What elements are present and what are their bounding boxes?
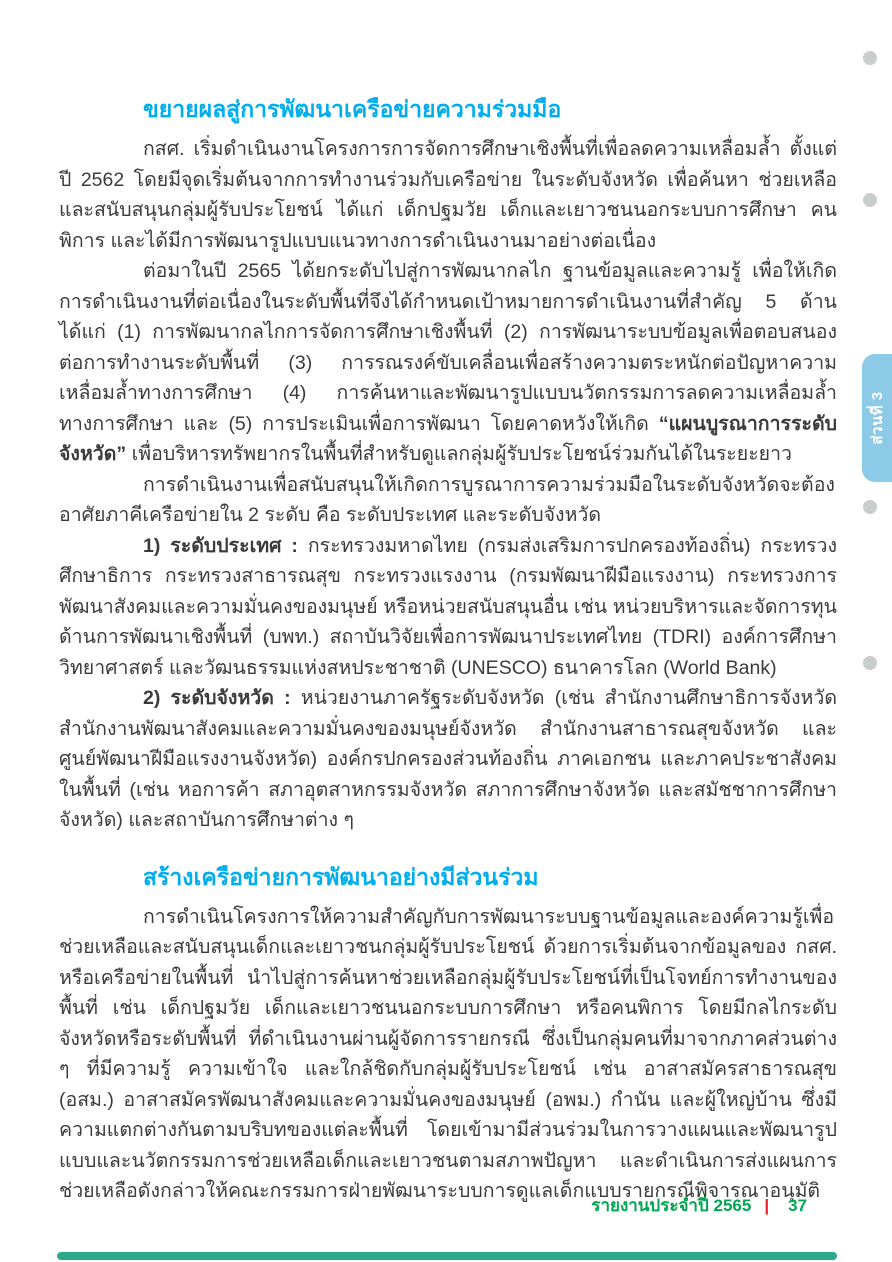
section-tab-label: ส่วนที่ 3 [865, 391, 889, 444]
paragraph: ต่อมาในปี 2565 ได้ยกระดับไปสู่การพัฒนากล… [59, 256, 837, 470]
side-dot-icon [863, 51, 877, 65]
footer-separator: | [751, 1196, 782, 1216]
section-heading: ขยายผลสู่การพัฒนาเครือข่ายความร่วมมือ [143, 94, 837, 124]
paragraph: การดำเนินงานเพื่อสนับสนุนให้เกิดการบูรณา… [59, 470, 837, 531]
section-tab: ส่วนที่ 3 [862, 354, 892, 482]
section-body: กสศ. เริ่มดำเนินงานโครงการการจัดการศึกษา… [59, 134, 837, 836]
side-dot-icon [863, 656, 877, 670]
section-heading: สร้างเครือข่ายการพัฒนาอย่างมีส่วนร่วม [143, 862, 837, 892]
text-run: ต่อมาในปี 2565 ได้ยกระดับไปสู่การพัฒนากล… [59, 260, 837, 435]
text-run: กสศ. เริ่มดำเนินงานโครงการการจัดการศึกษา… [59, 138, 837, 252]
text-run: 1) ระดับประเทศ : [143, 535, 308, 557]
text-run: เพื่อบริหารทรัพยากรในพื้นที่สำหรับดูแลกล… [126, 443, 792, 465]
section-participatory-network: สร้างเครือข่ายการพัฒนาอย่างมีส่วนร่วม กา… [59, 862, 837, 1207]
paragraph: การดำเนินโครงการให้ความสำคัญกับการพัฒนาร… [59, 902, 837, 1207]
text-run: การดำเนินงานเพื่อสนับสนุนให้เกิดการบูรณา… [59, 474, 835, 527]
side-dot-icon [863, 193, 877, 207]
document-page: ขยายผลสู่การพัฒนาเครือข่ายความร่วมมือ กส… [0, 0, 892, 1262]
section-expand-network: ขยายผลสู่การพัฒนาเครือข่ายความร่วมมือ กส… [59, 94, 837, 836]
report-title: รายงานประจำปี 2565 [591, 1196, 751, 1216]
page-content: ขยายผลสู่การพัฒนาเครือข่ายความร่วมมือ กส… [59, 0, 837, 1207]
paragraph: 1) ระดับประเทศ : กระทรวงมหาดไทย (กรมส่งเ… [59, 531, 837, 684]
paragraph: 2) ระดับจังหวัด : หน่วยงานภาครัฐระดับจัง… [59, 683, 837, 836]
paragraph: กสศ. เริ่มดำเนินงานโครงการการจัดการศึกษา… [59, 134, 837, 256]
section-body: การดำเนินโครงการให้ความสำคัญกับการพัฒนาร… [59, 902, 837, 1207]
text-run: 2) ระดับจังหวัด : [143, 687, 301, 709]
page-number: 37 [782, 1196, 807, 1216]
text-run: การดำเนินโครงการให้ความสำคัญกับการพัฒนาร… [59, 906, 837, 1203]
bottom-accent-bar [57, 1252, 837, 1260]
page-footer: รายงานประจำปี 2565 | 37 [591, 1196, 807, 1216]
side-dot-icon [863, 500, 877, 514]
